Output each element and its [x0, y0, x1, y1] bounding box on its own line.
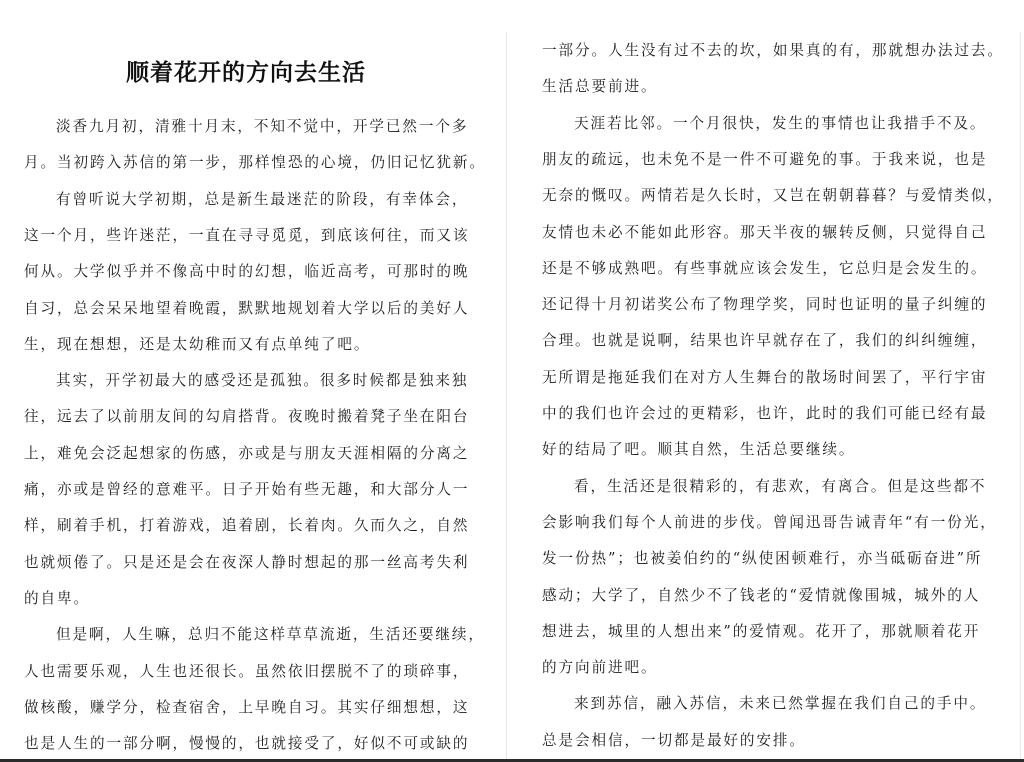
text-line: 自习，总会呆呆地望着晚霞，默默地规划着大学以后的美好人: [24, 299, 469, 319]
text-line: 这一个月，些许迷茫，一直在寻寻觅觅，到底该何往，而又该: [24, 226, 469, 246]
text-line: 上，难免会泛起想家的伤感，亦或是与朋友天涯相隔的分离之: [24, 444, 469, 464]
text-line: 友情也未必不能如此形容。那天半夜的辗转反侧，只觉得自己: [542, 223, 987, 243]
text-line: 还记得十月初诺奖公布了物理学奖，同时也证明的量子纠缠的: [542, 295, 987, 315]
text-line: 的自卑。: [24, 589, 90, 609]
text-line: 来到苏信，融入苏信，未来已然掌握在我们自己的手中。: [574, 694, 986, 714]
text-line: 总是会相信，一切都是最好的安排。: [542, 731, 806, 751]
text-line: 痛，亦或是曾经的意难平。日子开始有些无趣，和大部分人一: [24, 480, 469, 500]
text-line: 但是啊，人生嘛，总归不能这样草草流逝，生活还要继续，: [56, 625, 485, 645]
text-line: 何从。大学似乎并不像高中时的幻想，临近高考，可那时的晚: [24, 262, 469, 282]
text-line: 生，现在想想，还是太幼稚而又有点单纯了吧。: [24, 335, 370, 355]
text-line: 还是不够成熟吧。有些事就应该会发生，它总归是会发生的。: [542, 259, 987, 279]
text-line: 看，生活还是很精彩的，有悲欢，有离合。但是这些都不: [574, 477, 986, 497]
text-line: 做核酸，赚学分，检查宿舍，上早晚自习。其实仔细想想，这: [24, 698, 469, 718]
text-line: 也就烦倦了。只是还是会在夜深人静时想起的那一丝高考失利: [24, 553, 469, 573]
text-line: 想进去，城里的人想出来”的爱情观。花开了，那就顺着花开: [542, 622, 980, 642]
text-line: 其实，开学初最大的感受还是孤独。很多时候都是独来独: [56, 371, 468, 391]
text-line: 一部分。人生没有过不去的坎，如果真的有，那就想办法过去。: [542, 41, 1004, 61]
document-title: 顺着花开的方向去生活: [0, 54, 492, 87]
text-line: 会影响我们每个人前进的步伐。曾闻迅哥告诫青年“有一份光，: [542, 513, 997, 533]
text-line: 往，远去了以前朋友间的勾肩搭背。夜晚时搬着凳子坐在阳台: [24, 407, 469, 427]
text-line: 淡香九月初，清雅十月末，不知不觉中，开学已然一个多: [56, 117, 468, 137]
text-line: 朋友的疏远，也未免不是一件不可避免的事。于我来说，也是: [542, 150, 987, 170]
text-line: 人也需要乐观，人生也还很长。虽然依旧摆脱不了的琐碎事，: [24, 662, 469, 682]
text-line: 无奈的慨叹。两情若是久长时，又岂在朝朝暮暮？与爱情类似，: [542, 186, 1004, 206]
text-line: 月。当初跨入苏信的第一步，那样惶恐的心境，仍旧记忆犹新。: [24, 153, 486, 173]
text-line: 生活总要前进。: [542, 77, 657, 97]
text-line: 有曾听说大学初期，总是新生最迷茫的阶段，有幸体会，: [56, 190, 468, 210]
page-right-edge: [1020, 32, 1021, 760]
text-line: 无所谓是拖延我们在对方人生舞台的散场时间罢了，平行宇宙: [542, 368, 987, 388]
text-line: 好的结局了吧。顺其自然，生活总要继续。: [542, 440, 855, 460]
page-divider: [506, 32, 507, 760]
text-line: 也是人生的一部分啊，慢慢的，也就接受了，好似不可或缺的: [24, 734, 469, 754]
text-line: 样，刷着手机，打着游戏，追着剧，长着肉。久而久之，自然: [24, 516, 469, 536]
text-line: 天涯若比邻。一个月很快，发生的事情也让我措手不及。: [574, 114, 986, 134]
text-line: 中的我们也许会过的更精彩，也许，此时的我们可能已经有最: [542, 404, 987, 424]
text-line: 合理。也就是说啊，结果也许早就存在了，我们的纠纠缠缠，: [542, 331, 987, 351]
text-line: 的方向前进吧。: [542, 658, 657, 678]
text-line: 感动；大学了，自然少不了钱老的“爱情就像围城，城外的人: [542, 586, 980, 606]
text-line: 发一份热”；也被姜伯约的“纵使困顿难行，亦当砥砺奋进”所: [542, 549, 982, 569]
